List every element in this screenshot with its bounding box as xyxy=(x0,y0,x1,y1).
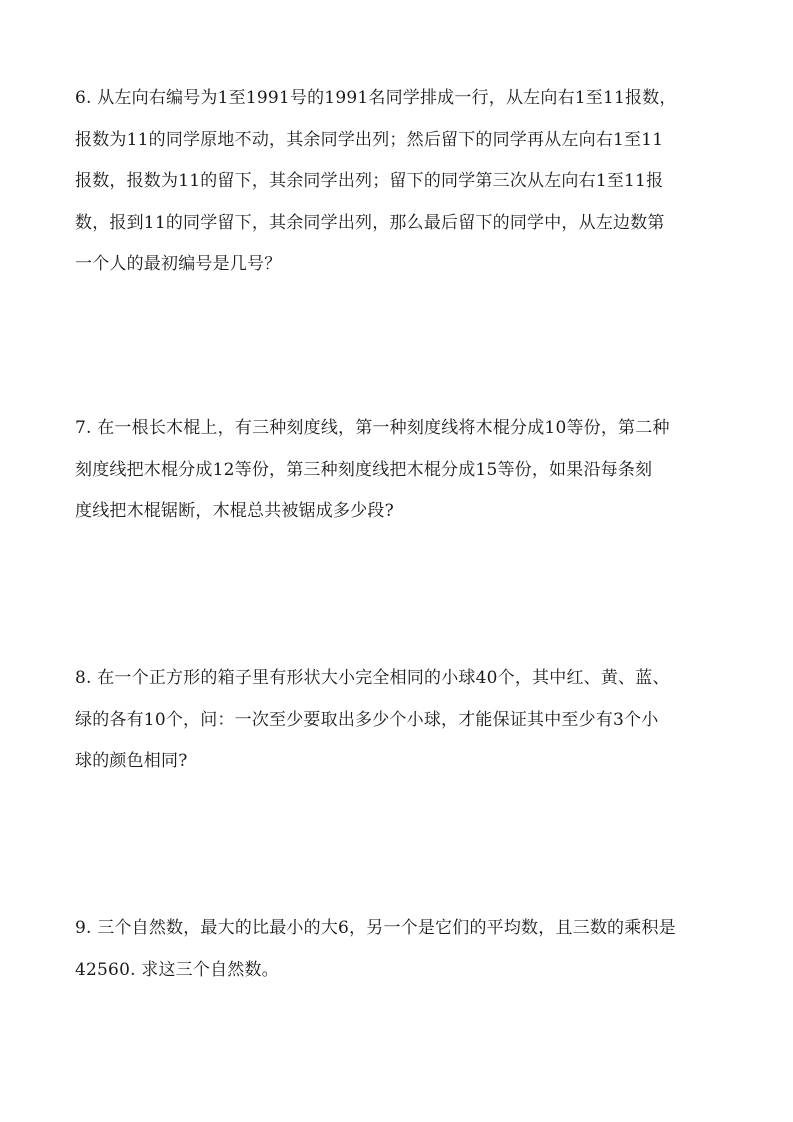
question-line: 数，报到11的同学留下，其余同学出列，那么最后留下的同学中，从左边数第 xyxy=(75,211,735,253)
question-line: 7. 在一根长木棍上，有三种刻度线，第一种刻度线将木棍分成10等份，第二种 xyxy=(75,416,735,458)
question-line: 报数为11的同学原地不动，其余同学出列；然后留下的同学再从左向右1至11 xyxy=(75,128,735,170)
question-line: 6. 从左向右编号为1至1991号的1991名同学排成一行，从左向右1至11报数… xyxy=(75,86,735,128)
question-7: 7. 在一根长木棍上，有三种刻度线，第一种刻度线将木棍分成10等份，第二种 刻度… xyxy=(75,416,735,541)
question-line: 9. 三个自然数，最大的比最小的大6，另一个是它们的平均数，且三数的乘积是 xyxy=(75,916,735,958)
question-9: 9. 三个自然数，最大的比最小的大6，另一个是它们的平均数，且三数的乘积是 42… xyxy=(75,916,735,999)
question-line: 刻度线把木棍分成12等份，第三种刻度线把木棍分成15等份，如果沿每条刻 xyxy=(75,458,735,500)
question-line: 42560. 求这三个自然数。 xyxy=(75,958,735,1000)
question-line: 球的颜色相同? xyxy=(75,749,735,791)
question-6: 6. 从左向右编号为1至1991号的1991名同学排成一行，从左向右1至11报数… xyxy=(75,86,735,294)
question-line: 一个人的最初编号是几号？ xyxy=(75,252,735,294)
document-page: 6. 从左向右编号为1至1991号的1991名同学排成一行，从左向右1至11报数… xyxy=(0,0,793,1122)
question-line: 报数，报数为11的留下，其余同学出列；留下的同学第三次从左向右1至11报 xyxy=(75,169,735,211)
question-line: 绿的各有10个，问：一次至少要取出多少个小球，才能保证其中至少有3个小 xyxy=(75,708,735,750)
question-line: 8. 在一个正方形的箱子里有形状大小完全相同的小球40个，其中红、黄、蓝、 xyxy=(75,666,735,708)
question-8: 8. 在一个正方形的箱子里有形状大小完全相同的小球40个，其中红、黄、蓝、 绿的… xyxy=(75,666,735,791)
question-line: 度线把木棍锯断，木棍总共被锯成多少段? xyxy=(75,499,735,541)
